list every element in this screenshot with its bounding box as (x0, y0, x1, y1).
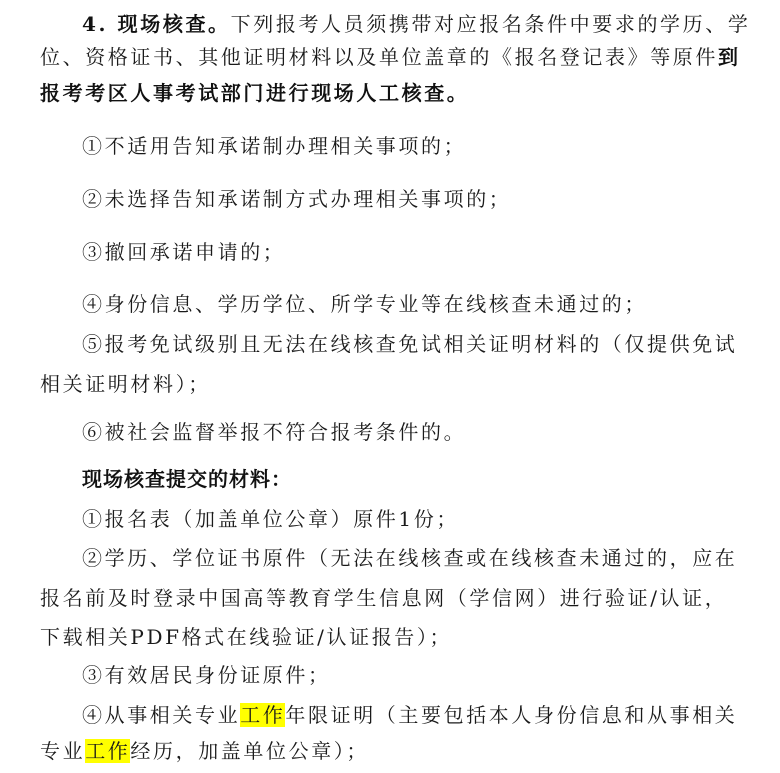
material-item-4-line-2: 专业工作经历，加盖单位公章）； (40, 737, 369, 765)
condition-item-5-line-1: ⑤报考免试级别且无法在线核查免试相关证明材料的（仅提供免试 (82, 330, 737, 358)
section-4-line-2: 位、资格证书、其他证明材料以及单位盖章的《报名登记表》等原件到 (40, 43, 741, 71)
highlighted-term: 工作 (85, 739, 130, 763)
section-4-line-3: 报考考区人事考试部门进行现场人工核查。 (40, 79, 469, 107)
section-intro-text: 下列报考人员须携带对应报名条件中要求的学历、学 (231, 12, 751, 36)
highlighted-term: 工作 (240, 703, 285, 727)
material-item-4-line2-pre: 专业 (40, 739, 85, 763)
material-item-2-line-1: ②学历、学位证书原件（无法在线核查或在线核查未通过的，应在 (82, 544, 737, 572)
material-item-2-line-2: 报名前及时登录中国高等教育学生信息网（学信网）进行验证/认证， (40, 584, 727, 612)
condition-item-3: ③撤回承诺申请的； (82, 238, 285, 266)
condition-item-1: ①不适用告知承诺制办理相关事项的； (82, 132, 466, 160)
condition-item-6: ⑥被社会监督举报不符合报考条件的。 (82, 418, 466, 446)
condition-item-5-line-2: 相关证明材料）； (40, 370, 211, 398)
section-intro-bold-tail: 到 (718, 45, 741, 69)
condition-item-4: ④身份信息、学历学位、所学专业等在线核查未通过的； (82, 290, 647, 318)
materials-heading: 现场核查提交的材料： (82, 465, 292, 493)
section-4-line-1: 4. 现场核查。下列报考人员须携带对应报名条件中要求的学历、学 (82, 10, 750, 38)
material-item-3: ③有效居民身份证原件； (82, 661, 331, 689)
material-item-4-line-1: ④从事相关专业工作年限证明（主要包括本人身份信息和从事相关 (82, 701, 737, 729)
section-intro-text-2: 位、资格证书、其他证明材料以及单位盖章的《报名登记表》等原件 (40, 45, 718, 69)
condition-item-2: ②未选择告知承诺制方式办理相关事项的； (82, 185, 511, 213)
material-item-4-line2-post: 经历，加盖单位公章）； (130, 739, 369, 763)
material-item-2-line-3: 下载相关PDF格式在线验证/认证报告）； (40, 623, 452, 651)
section-heading: 4. 现场核查。 (82, 12, 231, 36)
material-item-4-text-pre: ④从事相关专业 (82, 703, 240, 727)
material-item-4-text-post: 年限证明（主要包括本人身份信息和从事相关 (285, 703, 737, 727)
material-item-1: ①报名表（加盖单位公章）原件1份； (82, 505, 459, 533)
